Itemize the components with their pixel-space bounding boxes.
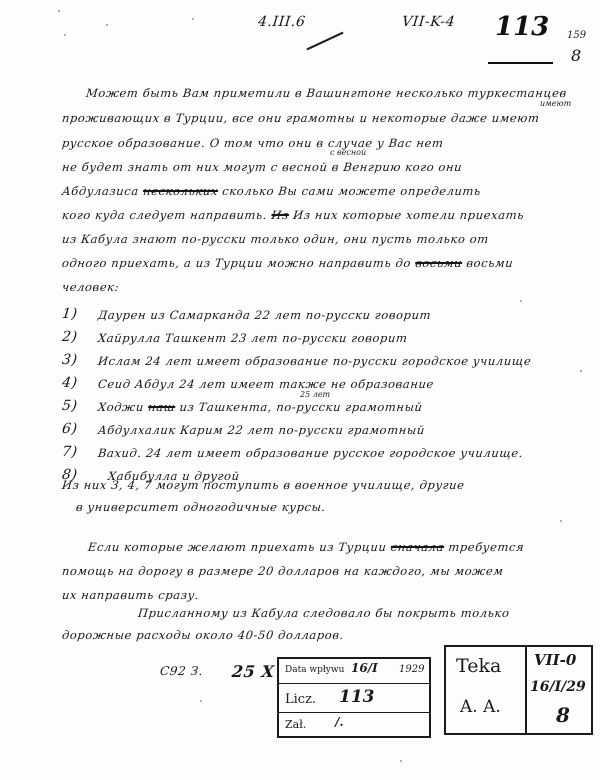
body-line-8: одного приехать, а из Турции можно напра…	[61, 256, 514, 270]
list-item: Ходжи наш из Ташкента, по-русски грамотн…	[97, 400, 423, 414]
scan-speck	[106, 24, 108, 26]
closing-line-1: Если которые желают приехать из Турции с…	[87, 540, 525, 554]
body-line-6: кого куда следует направить. Из Из них к…	[61, 208, 525, 222]
teka-value-top: VII-0	[534, 651, 576, 669]
list-item: Ислам 24 лет имеет образование по-русски…	[97, 354, 532, 368]
teka-label: Teka	[456, 655, 501, 677]
list-item-number: 5)	[61, 398, 78, 414]
teka-stamp: Teka A. A. VII-0 16/I/29 8	[444, 645, 593, 735]
receipt-stamp: Data wpływu 16/I 1929 Licz. 113 Zał. /.	[277, 657, 431, 738]
list-item-number: 2)	[61, 329, 78, 345]
scan-speck	[64, 34, 66, 36]
teka-aa-label: A. A.	[460, 697, 501, 717]
scan-speck	[560, 520, 562, 522]
archive-number: 113	[495, 12, 549, 42]
scan-speck	[580, 370, 582, 372]
insertion-line-2: имеют	[540, 99, 571, 108]
folio-number: 8	[571, 46, 581, 65]
receipt-attachments-label: Zał.	[285, 718, 306, 731]
scan-speck	[192, 18, 194, 20]
after-list-line-2: в университет одногодичные курсы.	[75, 500, 326, 514]
closing-line-2: помощь на дорогу в размере 20 долларов н…	[61, 564, 504, 578]
scan-speck	[58, 10, 60, 12]
closing-line-4: Присланному из Кабула следовало бы покры…	[137, 606, 510, 620]
document-page: 4.III.6 VII-K-4 113 159 8 Может быть Вам…	[0, 0, 600, 780]
list-item: Абдулхалик Карим 22 лет по-русски грамот…	[97, 423, 425, 437]
receipt-year: 1929	[399, 664, 424, 675]
teka-value-bottom: 8	[556, 703, 570, 727]
body-line-9: человек:	[61, 280, 120, 294]
closing-line-3: их направить сразу.	[61, 588, 200, 602]
receipt-date-value: 16/I	[351, 661, 378, 675]
insertion-line-4: с весной	[330, 148, 366, 157]
after-list-line-1: Из них 3, 4, 7 могут поступить в военное…	[61, 478, 465, 492]
receipt-attachments-value: /.	[335, 715, 344, 729]
receipt-number-value: 113	[339, 687, 375, 707]
document-code: С92 З.	[159, 664, 204, 678]
body-line-5: Абдулазиса нескольких сколько Вы сами мо…	[61, 184, 481, 198]
body-line-2: проживающих в Турции, все они грамотны и…	[61, 111, 540, 125]
body-line-1: Может быть Вам приметили в Вашингтоне не…	[85, 86, 567, 100]
body-line-7: из Кабула знают по-русски только один, о…	[61, 232, 489, 246]
list-item: Сеид Абдул 24 лет имеет также не образов…	[97, 377, 434, 391]
scan-speck	[400, 760, 402, 762]
list-item: Даурен из Самарканда 22 лет по-русски го…	[97, 308, 432, 322]
header-mark-middle: VII-K-4	[401, 14, 456, 30]
scan-speck	[520, 300, 522, 302]
list-item: Хайрулла Ташкент 23 лет по-русски говори…	[97, 331, 408, 345]
header-mark-underline	[306, 32, 343, 51]
list-item: Вахид. 24 лет имеет образование русское …	[97, 446, 524, 460]
list-item-number: 6)	[61, 421, 78, 437]
archive-number-underline	[488, 62, 553, 64]
receipt-date-label: Data wpływu	[285, 665, 344, 675]
teka-value-date: 16/I/29	[530, 679, 586, 695]
list-item-number: 4)	[61, 375, 78, 391]
body-line-3: русское образование. О том что они в слу…	[61, 136, 444, 150]
list-item-number: 7)	[61, 444, 78, 460]
header-mark-left: 4.III.6	[257, 14, 306, 30]
date-mark: 25 X	[231, 662, 276, 681]
body-line-4: не будет знать от них могут с весной в В…	[61, 160, 463, 174]
list-item-superscript: 25 лет	[300, 390, 330, 399]
scan-speck	[200, 700, 202, 702]
list-item-number: 1)	[61, 306, 78, 322]
receipt-number-label: Licz.	[285, 692, 316, 707]
closing-line-5: дорожные расходы около 40-50 долларов.	[61, 628, 344, 642]
folio-small: 159	[567, 30, 586, 41]
list-item-number: 3)	[61, 352, 78, 368]
